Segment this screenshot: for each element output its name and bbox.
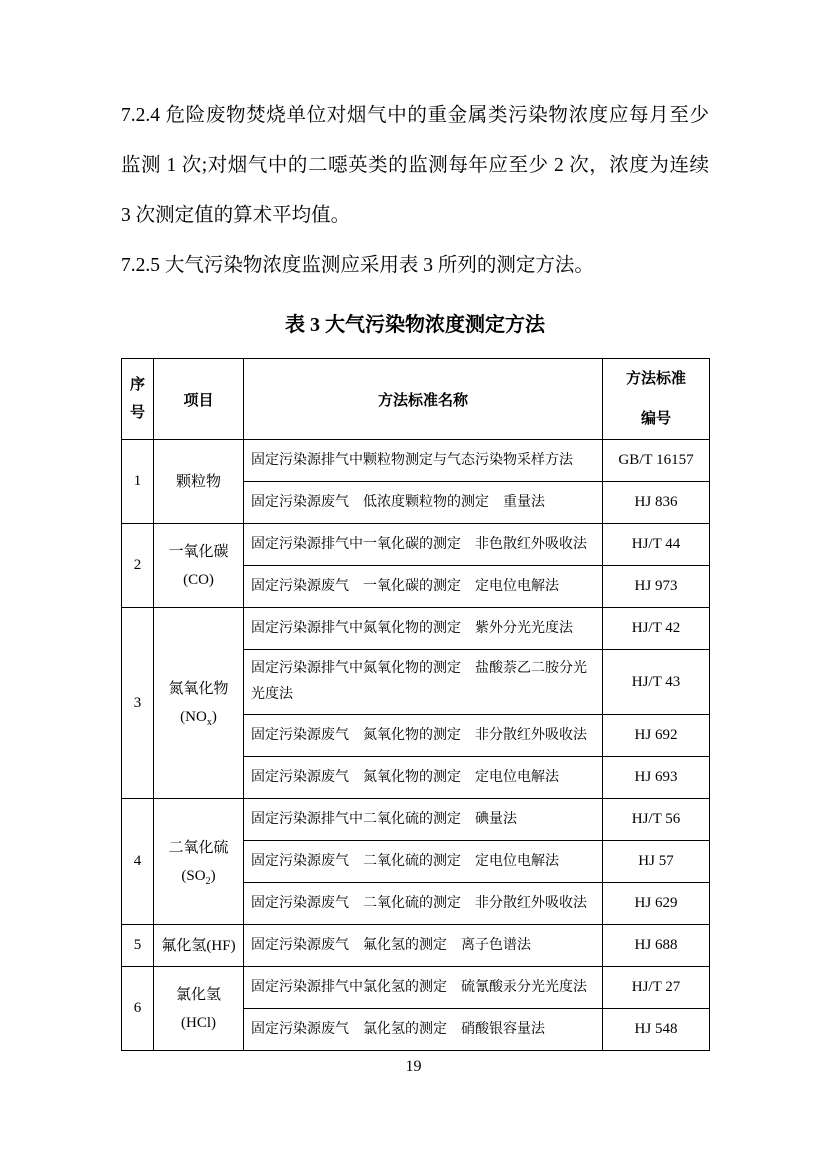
item-name: 氮氧化物 — [154, 675, 243, 703]
row-no-cell: 6 — [122, 967, 154, 1051]
table-row: 2 一氧化碳 (CO) 固定污染源排气中一氧化碳的测定 非色散红外吸收法 HJ/… — [122, 524, 710, 566]
item-name: 颗粒物 — [154, 468, 243, 496]
methods-table: 序号 项目 方法标准名称 方法标准 编号 1 颗粒物 固定污染源排气中颗粒物测 — [121, 358, 710, 1051]
paragraph-7-2-4: 7.2.4 危险废物焚烧单位对烟气中的重金属类污染物浓度应每月至少 监测 1 次… — [121, 91, 709, 241]
method-code-cell: HJ 836 — [603, 482, 710, 524]
page-number: 19 — [0, 1056, 827, 1078]
method-name-cell: 固定污染源废气 氟化氢的测定 离子色谱法 — [244, 925, 603, 967]
method-code-cell: GB/T 16157 — [603, 440, 710, 482]
header-no: 序号 — [122, 359, 154, 440]
table-row: 1 颗粒物 固定污染源排气中颗粒物测定与气态污染物采样方法 GB/T 16157 — [122, 440, 710, 482]
table-row: 4 二氧化硫 (SO2) 固定污染源排气中二氧化硫的测定 碘量法 HJ/T 56 — [122, 799, 710, 841]
method-code-cell: HJ 973 — [603, 566, 710, 608]
header-item: 项目 — [154, 359, 244, 440]
item-name: 氯化氢 — [154, 981, 243, 1009]
method-name-cell: 固定污染源废气 氮氧化物的测定 定电位电解法 — [244, 757, 603, 799]
paragraph-line: 监测 1 次;对烟气中的二噁英类的监测每年应至少 2 次，浓度为连续 — [121, 141, 709, 191]
table-header-row: 序号 项目 方法标准名称 方法标准 编号 — [122, 359, 710, 440]
row-item-cell: 氯化氢 (HCl) — [154, 967, 244, 1051]
row-item-cell: 二氧化硫 (SO2) — [154, 799, 244, 925]
method-code-cell: HJ/T 56 — [603, 799, 710, 841]
method-name-cell: 固定污染源排气中氮氧化物的测定 盐酸萘乙二胺分光光度法 — [244, 650, 603, 715]
row-no-cell: 4 — [122, 799, 154, 925]
table-row: 6 氯化氢 (HCl) 固定污染源排气中氯化氢的测定 硫氰酸汞分光光度法 HJ/… — [122, 967, 710, 1009]
paragraph-line: 3 次测定值的算术平均值。 — [121, 191, 709, 241]
method-name-cell: 固定污染源废气 二氧化硫的测定 定电位电解法 — [244, 841, 603, 883]
method-code-cell: HJ 57 — [603, 841, 710, 883]
method-code-cell: HJ 629 — [603, 883, 710, 925]
item-formula: (NOx) — [154, 703, 243, 731]
method-name-cell: 固定污染源废气 氮氧化物的测定 非分散红外吸收法 — [244, 715, 603, 757]
table-title: 表 3 大气污染物浓度测定方法 — [121, 307, 709, 343]
item-name: 一氧化碳 — [154, 538, 243, 566]
header-code: 方法标准 编号 — [603, 359, 710, 440]
header-method: 方法标准名称 — [244, 359, 603, 440]
method-code-cell: HJ/T 43 — [603, 650, 710, 715]
document-page: 7.2.4 危险废物焚烧单位对烟气中的重金属类污染物浓度应每月至少 监测 1 次… — [0, 0, 827, 1169]
row-no-cell: 1 — [122, 440, 154, 524]
row-no-cell: 5 — [122, 925, 154, 967]
method-name-cell: 固定污染源排气中氮氧化物的测定 紫外分光光度法 — [244, 608, 603, 650]
paragraph-line: 7.2.5 大气污染物浓度监测应采用表 3 所列的测定方法。 — [121, 241, 709, 291]
header-code-line2: 编号 — [603, 399, 709, 439]
method-name-cell: 固定污染源排气中二氧化硫的测定 碘量法 — [244, 799, 603, 841]
method-name-cell: 固定污染源排气中颗粒物测定与气态污染物采样方法 — [244, 440, 603, 482]
method-name-cell: 固定污染源废气 氯化氢的测定 硝酸银容量法 — [244, 1009, 603, 1051]
method-code-cell: HJ 548 — [603, 1009, 710, 1051]
item-formula: (SO2) — [154, 862, 243, 890]
row-item-cell: 氮氧化物 (NOx) — [154, 608, 244, 799]
table-row: 3 氮氧化物 (NOx) 固定污染源排气中氮氧化物的测定 紫外分光光度法 HJ/… — [122, 608, 710, 650]
row-item-cell: 颗粒物 — [154, 440, 244, 524]
paragraph-line: 7.2.4 危险废物焚烧单位对烟气中的重金属类污染物浓度应每月至少 — [121, 91, 709, 141]
method-name-cell: 固定污染源排气中氯化氢的测定 硫氰酸汞分光光度法 — [244, 967, 603, 1009]
method-code-cell: HJ 693 — [603, 757, 710, 799]
item-formula: (CO) — [154, 566, 243, 594]
method-code-cell: HJ 692 — [603, 715, 710, 757]
method-name-cell: 固定污染源废气 二氧化硫的测定 非分散红外吸收法 — [244, 883, 603, 925]
item-formula: (HCl) — [154, 1009, 243, 1037]
method-name-cell: 固定污染源废气 一氧化碳的测定 定电位电解法 — [244, 566, 603, 608]
item-name: 二氧化硫 — [154, 834, 243, 862]
page-content: 7.2.4 危险废物焚烧单位对烟气中的重金属类污染物浓度应每月至少 监测 1 次… — [121, 91, 709, 1051]
row-item-cell: 一氧化碳 (CO) — [154, 524, 244, 608]
paragraph-7-2-5: 7.2.5 大气污染物浓度监测应采用表 3 所列的测定方法。 — [121, 241, 709, 291]
row-no-cell: 2 — [122, 524, 154, 608]
method-code-cell: HJ/T 27 — [603, 967, 710, 1009]
method-code-cell: HJ/T 44 — [603, 524, 710, 566]
table-row: 5 氟化氢(HF) 固定污染源废气 氟化氢的测定 离子色谱法 HJ 688 — [122, 925, 710, 967]
method-code-cell: HJ/T 42 — [603, 608, 710, 650]
method-name-cell: 固定污染源废气 低浓度颗粒物的测定 重量法 — [244, 482, 603, 524]
method-name-cell: 固定污染源排气中一氧化碳的测定 非色散红外吸收法 — [244, 524, 603, 566]
method-code-cell: HJ 688 — [603, 925, 710, 967]
row-item-cell: 氟化氢(HF) — [154, 925, 244, 967]
row-no-cell: 3 — [122, 608, 154, 799]
header-code-line1: 方法标准 — [603, 359, 709, 399]
item-name: 氟化氢(HF) — [154, 932, 243, 960]
